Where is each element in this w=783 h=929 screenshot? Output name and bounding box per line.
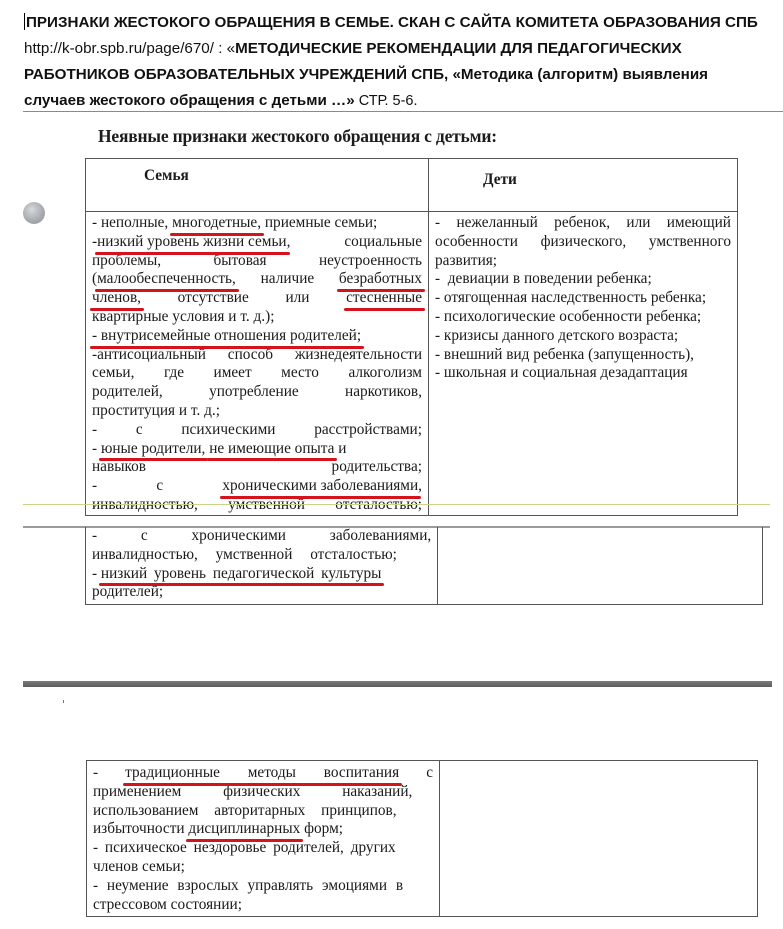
underlined-phrase: не имеющие опыта bbox=[209, 440, 334, 459]
children-cell-empty bbox=[440, 761, 758, 917]
page-reference: СТР. 5-6. bbox=[355, 93, 418, 109]
list-item: использованием авторитарных принципов, bbox=[93, 802, 433, 821]
table-header-row: Семья Дети bbox=[86, 159, 738, 212]
list-item: инвалидностью, умственной отсталостью; bbox=[92, 546, 431, 565]
header-source-title-end: случаев жестокого обращения с детьми …» bbox=[24, 92, 355, 109]
underlined-phrase: многодетные, bbox=[172, 214, 261, 233]
list-item: родителей,употреблениенаркотиков, bbox=[92, 383, 422, 402]
list-item: (малообеспеченность,наличиебезработных bbox=[92, 270, 422, 289]
list-item: стрессовом состоянии; bbox=[93, 896, 433, 915]
table-row: - с хроническими заболеваниями, инвалидн… bbox=[86, 527, 763, 605]
header-line-1: ПРИЗНАКИ ЖЕСТОКОГО ОБРАЩЕНИЯ В СЕМЬЕ. СК… bbox=[24, 10, 774, 36]
text-cursor bbox=[24, 13, 25, 30]
family-cell: -традиционные методы воспитанияс примене… bbox=[87, 761, 440, 917]
source-link[interactable]: http://k-obr.spb.ru/page/670/ bbox=[24, 40, 214, 57]
scan-speck bbox=[63, 700, 64, 703]
list-item: родителей; bbox=[92, 583, 431, 602]
header-source-title: МЕТОДИЧЕСКИЕ РЕКОМЕНДАЦИИ ДЛЯ ПЕДАГОГИЧЕ… bbox=[235, 40, 682, 57]
document-header: ПРИЗНАКИ ЖЕСТОКОГО ОБРАЩЕНИЯ В СЕМЬЕ. СК… bbox=[24, 10, 774, 114]
underlined-phrase: низкий уровень жизни семьи bbox=[97, 233, 287, 252]
list-item: - девиации в поведении ребенка; bbox=[435, 270, 731, 289]
family-cell: - с хроническими заболеваниями, инвалидн… bbox=[86, 527, 438, 605]
table-row: - неполные, многодетные, приемные семьи;… bbox=[86, 212, 738, 516]
page-separator-bar bbox=[23, 681, 772, 687]
column-header-children: Дети bbox=[429, 159, 738, 212]
list-item: - неумение взрослых управлять эмоциями в bbox=[93, 877, 433, 896]
list-item: - с хроническими заболеваниями, bbox=[92, 527, 431, 546]
list-item: - внешний вид ребенка (запущенность), bbox=[435, 346, 731, 365]
header-line-3: РАБОТНИКОВ ОБРАЗОВАТЕЛЬНЫХ УЧРЕЖДЕНИЙ СП… bbox=[24, 62, 774, 88]
list-item: избыточности дисциплинарных форм; bbox=[93, 820, 433, 839]
list-item: развития; bbox=[435, 252, 731, 271]
header-divider bbox=[23, 111, 783, 112]
underlined-phrase: малообеспеченность, bbox=[97, 270, 236, 289]
children-cell-empty bbox=[438, 527, 763, 605]
list-item: -нежеланныйребенок,илиимеющий bbox=[435, 214, 731, 233]
list-item: -низкий уровень жизни семьи,социальные bbox=[92, 233, 422, 252]
signs-table-page-1: Семья Дети - неполные, многодетные, прие… bbox=[85, 158, 738, 516]
list-item: семьи,гдеимеетместоалкоголизм bbox=[92, 364, 422, 383]
separator-text: : « bbox=[214, 40, 235, 57]
underlined-phrase: членов, bbox=[92, 289, 141, 308]
list-item: - отягощенная наследственность ребенка; bbox=[435, 289, 731, 308]
list-item: -схроническими заболеваниями, bbox=[92, 477, 422, 496]
list-item: -традиционные методы воспитанияс bbox=[93, 764, 433, 783]
list-item: - юные родители, не имеющие опыта и bbox=[92, 440, 422, 459]
list-item: - школьная и социальная дезадаптация bbox=[435, 364, 731, 383]
scan-title: Неявные признаки жестокого обращения с д… bbox=[98, 126, 497, 147]
list-item: - психологические особенности ребенка; bbox=[435, 308, 731, 327]
gray-sphere-icon bbox=[23, 202, 45, 224]
header-title: ПРИЗНАКИ ЖЕСТОКОГО ОБРАЩЕНИЯ В СЕМЬЕ. СК… bbox=[26, 14, 758, 31]
header-source-title-cont: РАБОТНИКОВ ОБРАЗОВАТЕЛЬНЫХ УЧРЕЖДЕНИЙ СП… bbox=[24, 66, 708, 83]
list-item: - внутрисемейные отношения родителей; bbox=[92, 327, 422, 346]
list-item: - кризисы данного детского возраста; bbox=[435, 327, 731, 346]
underlined-phrase: стесненные bbox=[346, 289, 422, 308]
list-item: -спсихическимирасстройствами; bbox=[92, 421, 422, 440]
underlined-phrase: низкий уровень педагогической культуры bbox=[101, 565, 382, 584]
underlined-phrase: юные родители, bbox=[101, 440, 205, 459]
page-break-line bbox=[23, 504, 770, 505]
list-item: - неполные, многодетные, приемные семьи; bbox=[92, 214, 422, 233]
underlined-phrase: дисциплинарных bbox=[188, 820, 300, 839]
header-line-2: http://k-obr.spb.ru/page/670/ : «МЕТОДИЧ… bbox=[24, 36, 774, 62]
list-item: членов семьи; bbox=[93, 858, 433, 877]
underlined-phrase: хроническими заболеваниями bbox=[222, 477, 418, 496]
list-item: проституция и т. д.; bbox=[92, 402, 422, 421]
signs-table-page-3: -традиционные методы воспитанияс примене… bbox=[86, 760, 758, 917]
table-row: -традиционные методы воспитанияс примене… bbox=[87, 761, 758, 917]
column-header-family: Семья bbox=[86, 159, 429, 212]
list-item: - низкий уровень педагогической культуры bbox=[92, 565, 431, 584]
signs-table-page-2: - с хроническими заболеваниями, инвалидн… bbox=[85, 527, 763, 605]
children-cell: -нежеланныйребенок,илиимеющийособенности… bbox=[429, 212, 738, 516]
underlined-phrase: безработных bbox=[339, 270, 422, 289]
list-item: особенностифизического,умственного bbox=[435, 233, 731, 252]
underlined-phrase: - внутрисемейные отношения родителей; bbox=[92, 327, 361, 346]
family-cell: - неполные, многодетные, приемные семьи;… bbox=[86, 212, 429, 516]
list-item: навыковродительства; bbox=[92, 458, 422, 477]
underlined-phrase: традиционные методы воспитания bbox=[125, 764, 399, 783]
